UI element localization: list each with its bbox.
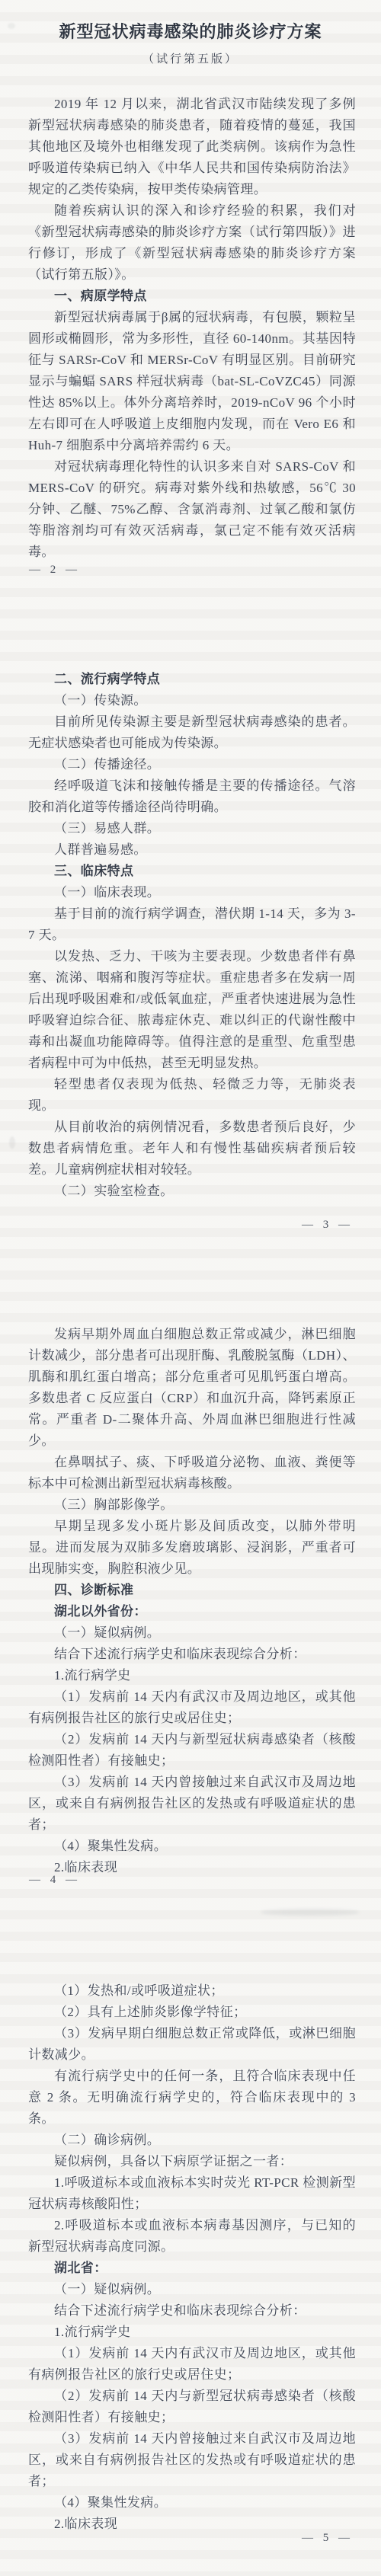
document-page-4: （1）发热和/或呼吸道症状； （2）具有上述肺炎影像学特征； （3）发病早期白细… — [0, 1935, 381, 2576]
paragraph: （3）发病前 14 天内曾接触过来自武汉市及周边地区，或来自有病例报告社区的发热… — [28, 2428, 356, 2492]
paragraph: 1.呼吸道标本或血液标本实时荧光 RT-PCR 检测新型冠状病毒核酸阳性； — [28, 2172, 356, 2215]
paragraph: 以发热、乏力、干咳为主要表现。少数患者伴有鼻塞、流涕、咽痛和腹泻等症状。重症患者… — [28, 946, 356, 1074]
page-number: — 5 — — [302, 2530, 351, 2546]
section-heading: 二、流行病学特点 — [28, 669, 356, 690]
paragraph: 轻型患者仅表现为低热、轻微乏力等，无肺炎表现。 — [28, 1074, 356, 1117]
paragraph: （三）胸部影像学。 — [28, 1494, 356, 1516]
paragraph: （2）具有上述肺炎影像学特征； — [28, 2002, 356, 2023]
page-number: — 4 — — [29, 1872, 78, 1887]
page-number: — 2 — — [29, 562, 78, 577]
paragraph: 早期呈现多发小斑片影及间质改变，以肺外带明显。进而发展为双肺多发磨玻璃影、浸润影… — [28, 1516, 356, 1580]
paragraph: （一）疑似病例。 — [28, 2279, 356, 2300]
document-page-1: 新型冠状病毒感染的肺炎诊疗方案 （试行第五版） 2019 年 12 月以来，湖北… — [0, 0, 381, 617]
page-body: （1）发热和/或呼吸道症状； （2）具有上述肺炎影像学特征； （3）发病早期白细… — [28, 1980, 356, 2535]
document-page-3: 发病早期外周血白细胞总数正常或减少，淋巴细胞计数减少，部分患者可出现肝酶、乳酸脱… — [0, 1280, 381, 1935]
paragraph: 2019 年 12 月以来，湖北省武汉市陆续发现了多例新型冠状病毒感染的肺炎患者… — [28, 94, 356, 200]
paragraph: 从目前收治的病例情况看，多数患者预后良好，少数患者病情危重。老年人和有慢性基础疾… — [28, 1117, 356, 1181]
section-heading: 三、临床特点 — [28, 861, 356, 882]
page-body: 二、流行病学特点 （一）传染源。 目前所见传染源主要是新型冠状病毒感染的患者。无… — [28, 669, 356, 1202]
paragraph: 人群普遍易感。 — [28, 839, 356, 861]
paragraph: （二）确诊病例。 — [28, 2130, 356, 2151]
paragraph: （1）发病前 14 天内有武汉市及周边地区，或其他有病例报告社区的旅行史或居住史… — [28, 2343, 356, 2386]
paragraph: （三）易感人群。 — [28, 818, 356, 839]
page-subtitle: （试行第五版） — [0, 51, 381, 68]
paragraph: （4）聚集性发病。 — [28, 1836, 356, 1857]
page-body: 2019 年 12 月以来，湖北省武汉市陆续发现了多例新型冠状病毒感染的肺炎患者… — [28, 94, 356, 563]
paragraph: 结合下述流行病学史和临床表现综合分析： — [28, 1644, 356, 1665]
paragraph: （4）聚集性发病。 — [28, 2492, 356, 2514]
paragraph: 随着疾病认识的深入和诊疗经验的积累，我们对《新型冠状病毒感染的肺炎诊疗方案（试行… — [28, 200, 356, 286]
paragraph: 对冠状病毒理化特性的认识多来自对 SARS-CoV 和 MERS-CoV 的研究… — [28, 456, 356, 563]
page-body: 发病早期外周血白细胞总数正常或减少，淋巴细胞计数减少，部分患者可出现肝酶、乳酸脱… — [28, 1324, 356, 1878]
paragraph: （二）传播途径。 — [28, 754, 356, 775]
paragraph: 新型冠状病毒属于β属的冠状病毒，有包膜，颗粒呈圆形或椭圆形，常为多形性，直径 6… — [28, 307, 356, 456]
page-number: — 3 — — [302, 1217, 351, 1232]
paragraph: 有流行病学史中的任何一条，且符合临床表现中任意 2 条。无明确流行病学史的，符合… — [28, 2066, 356, 2130]
paragraph: 1.流行病学史 — [28, 2322, 356, 2343]
region-label: 湖北省： — [28, 2258, 356, 2279]
paragraph: （1）发病前 14 天内有武汉市及周边地区，或其他有病例报告社区的旅行史或居住史… — [28, 1686, 356, 1729]
document-page-2: 二、流行病学特点 （一）传染源。 目前所见传染源主要是新型冠状病毒感染的患者。无… — [0, 617, 381, 1280]
paragraph: 2.呼吸道标本或血液标本病毒基因测序，与已知的新型冠状病毒高度同源。 — [28, 2215, 356, 2258]
paragraph: 经呼吸道飞沫和接触传播是主要的传播途径。气溶胶和消化道等传播途径尚待明确。 — [28, 775, 356, 818]
paragraph: （二）实验室检查。 — [28, 1181, 356, 1202]
region-label: 湖北以外省份： — [28, 1601, 356, 1622]
paragraph: 发病早期外周血白细胞总数正常或减少，淋巴细胞计数减少，部分患者可出现肝酶、乳酸脱… — [28, 1324, 356, 1452]
page-title: 新型冠状病毒感染的肺炎诊疗方案 — [0, 20, 381, 44]
paragraph: （2）发病前 14 天内与新型冠状病毒感染者（核酸检测阳性者）有接触史； — [28, 1729, 356, 1772]
section-heading: 一、病原学特点 — [28, 286, 356, 307]
paragraph: （2）发病前 14 天内与新型冠状病毒感染者（核酸检测阳性者）有接触史； — [28, 2386, 356, 2428]
paragraph: （一）临床表现。 — [28, 882, 356, 903]
paragraph: （3）发病早期白细胞总数正常或降低，或淋巴细胞计数减少。 — [28, 2023, 356, 2066]
section-heading: 四、诊断标准 — [28, 1580, 356, 1601]
paragraph: 基于目前的流行病学调查，潜伏期 1-14 天，多为 3-7 天。 — [28, 903, 356, 946]
paragraph: （一）疑似病例。 — [28, 1622, 356, 1644]
scanned-document: 新型冠状病毒感染的肺炎诊疗方案 （试行第五版） 2019 年 12 月以来，湖北… — [0, 0, 381, 2576]
paragraph: 疑似病例，具备以下病原学证据之一者： — [28, 2151, 356, 2172]
paragraph: 在鼻咽拭子、痰、下呼吸道分泌物、血液、粪便等标本中可检测出新型冠状病毒核酸。 — [28, 1452, 356, 1494]
paragraph: （3）发病前 14 天内曾接触过来自武汉市及周边地区，或来自有病例报告社区的发热… — [28, 1772, 356, 1836]
paragraph: 结合下述流行病学史和临床表现综合分析： — [28, 2300, 356, 2322]
paragraph: 1.流行病学史 — [28, 1665, 356, 1686]
paragraph: （1）发热和/或呼吸道症状； — [28, 1980, 356, 2002]
paragraph: 目前所见传染源主要是新型冠状病毒感染的患者。无症状感染者也可能成为传染源。 — [28, 711, 356, 754]
paragraph: （一）传染源。 — [28, 690, 356, 711]
